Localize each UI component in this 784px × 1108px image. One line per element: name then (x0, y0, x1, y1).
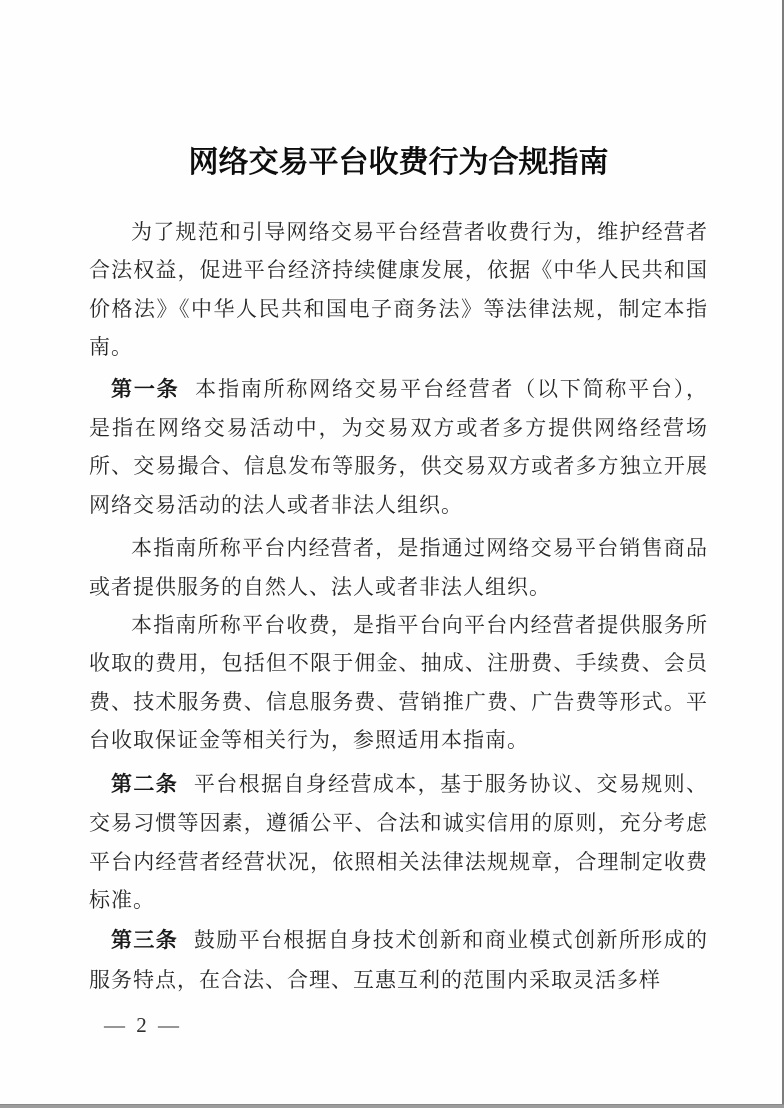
paragraph-text: 本指南所称平台内经营者，是指通过网络交易平台销售商品或者提供服务的自然人、法人或… (89, 536, 708, 598)
paragraph-text: 平台根据自身经营成本，基于服务协议、交易规则、交易习惯等因素，遵循公平、合法和诚… (89, 772, 708, 912)
paragraph-preamble: 为了规范和引导网络交易平台经营者收费行为，维护经营者合法权益，促进平台经济持续健… (89, 213, 708, 367)
paragraph-article-2: 第二条平台根据自身经营成本，基于服务协议、交易规则、交易习惯等因素，遵循公平、合… (89, 765, 708, 920)
paragraph-text: 为了规范和引导网络交易平台经营者收费行为，维护经营者合法权益，促进平台经济持续健… (89, 220, 708, 359)
paragraph-definition-fees: 本指南所称平台收费，是指平台向平台内经营者提供服务所收取的费用，包括但不限于佣金… (89, 606, 708, 760)
document-title: 网络交易平台收费行为合规指南 (89, 141, 708, 185)
paragraph-article-3: 第三条鼓励平台根据自身技术创新和商业模式创新所形成的服务特点，在合法、合理、互惠… (89, 921, 708, 999)
article-number-label: 第二条 (111, 773, 178, 796)
document-page: 网络交易平台收费行为合规指南 为了规范和引导网络交易平台经营者收费行为，维护经营… (0, 0, 784, 1108)
paragraph-text: 本指南所称网络交易平台经营者（以下简称平台），是指在网络交易活动中，为交易双方或… (89, 377, 708, 517)
paragraph-text: 本指南所称平台收费，是指平台向平台内经营者提供服务所收取的费用，包括但不限于佣金… (89, 613, 708, 752)
page-number: — 2 — (104, 1008, 182, 1042)
paragraph-definition-operators: 本指南所称平台内经营者，是指通过网络交易平台销售商品或者提供服务的自然人、法人或… (89, 529, 708, 606)
paragraph-article-1: 第一条本指南所称网络交易平台经营者（以下简称平台），是指在网络交易活动中，为交易… (89, 370, 708, 525)
document-body: 为了规范和引导网络交易平台经营者收费行为，维护经营者合法权益，促进平台经济持续健… (89, 213, 708, 999)
article-number-label: 第三条 (111, 929, 178, 952)
scan-edge-bottom (0, 1104, 784, 1108)
paragraph-text: 鼓励平台根据自身技术创新和商业模式创新所形成的服务特点，在合法、合理、互惠互利的… (89, 928, 708, 991)
article-number-label: 第一条 (111, 378, 179, 401)
